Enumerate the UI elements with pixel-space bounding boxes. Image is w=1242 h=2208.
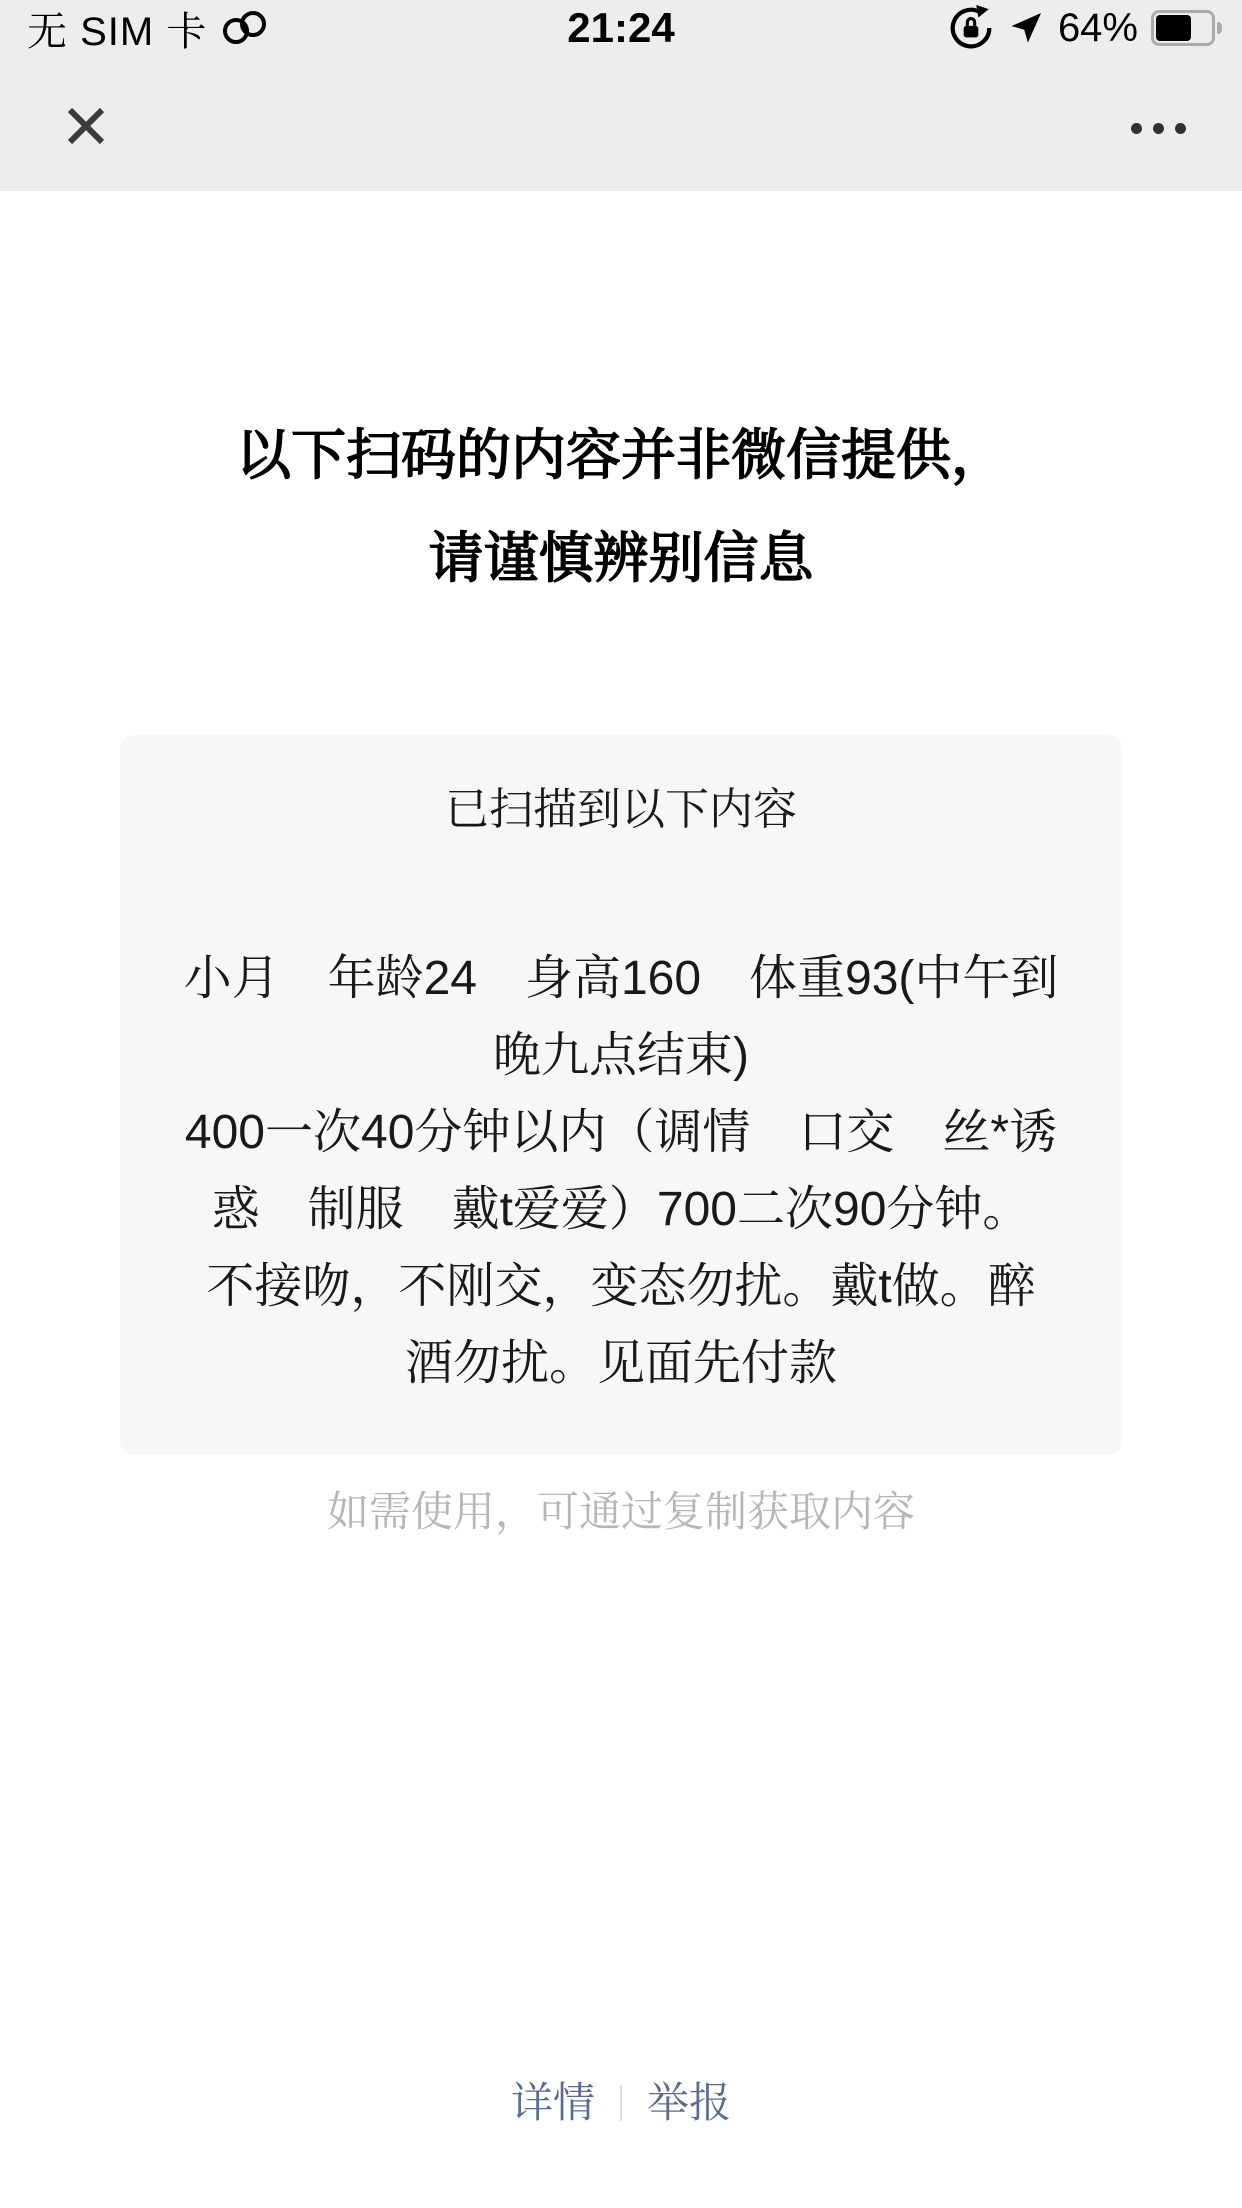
- ellipsis-dot: [1153, 123, 1164, 134]
- navbar: [0, 54, 1242, 191]
- more-button[interactable]: [1122, 98, 1194, 158]
- warning-title-line2: 请谨慎辨别信息: [40, 507, 1202, 610]
- status-bar: 无 SIM 卡 21:24: [0, 0, 1242, 56]
- battery-body: [1151, 10, 1215, 46]
- scanned-content-line: 酒勿扰。见面先付款: [140, 1325, 1102, 1402]
- orientation-lock-icon: [948, 5, 994, 51]
- ellipsis-dot: [1131, 123, 1142, 134]
- scanned-content-line: 不接吻，不刚交，变态勿扰。戴t做。醉: [140, 1248, 1102, 1325]
- footer-separator: [620, 2085, 622, 2121]
- close-x-icon: [63, 103, 109, 149]
- ellipsis-dot: [1175, 123, 1186, 134]
- location-arrow-icon: [1007, 9, 1045, 47]
- panel-title: 已扫描到以下内容: [140, 780, 1102, 840]
- copy-hint: 如需使用，可通过复制获取内容: [0, 1486, 1242, 1538]
- scanned-content-panel: 已扫描到以下内容 小月 年龄24 身高160 体重93(中午到 晚九点结束) 4…: [120, 735, 1122, 1455]
- footer-links: 详情 举报: [0, 2078, 1242, 2128]
- scanned-content-line: 400一次40分钟以内（调情 口交 丝*诱: [140, 1094, 1102, 1171]
- top-chrome: 无 SIM 卡 21:24: [0, 0, 1242, 191]
- scanned-content-line: 晚九点结束): [140, 1017, 1102, 1094]
- status-bar-right: 64%: [948, 0, 1222, 56]
- battery-nub: [1217, 22, 1222, 34]
- warning-title: 以下扫码的内容并非微信提供， 请谨慎辨别信息: [40, 404, 1202, 610]
- scanned-content-line: 惑 制服 戴t爱爱）700二次90分钟。: [140, 1171, 1102, 1248]
- battery-fill: [1156, 15, 1191, 41]
- scanned-content-text: 小月 年龄24 身高160 体重93(中午到 晚九点结束) 400一次40分钟以…: [140, 940, 1102, 1402]
- detail-link[interactable]: 详情: [511, 2078, 595, 2128]
- scanned-content-line: 小月 年龄24 身高160 体重93(中午到: [140, 940, 1102, 1017]
- battery-icon: [1151, 10, 1222, 46]
- report-link[interactable]: 举报: [647, 2078, 731, 2128]
- ellipsis-icon: [1131, 123, 1186, 134]
- close-button[interactable]: [56, 96, 116, 156]
- wechat-scan-result-screen: 无 SIM 卡 21:24: [0, 0, 1242, 2208]
- battery-percent-label: 64%: [1058, 6, 1138, 51]
- warning-title-line1: 以下扫码的内容并非微信提供，: [40, 404, 1202, 507]
